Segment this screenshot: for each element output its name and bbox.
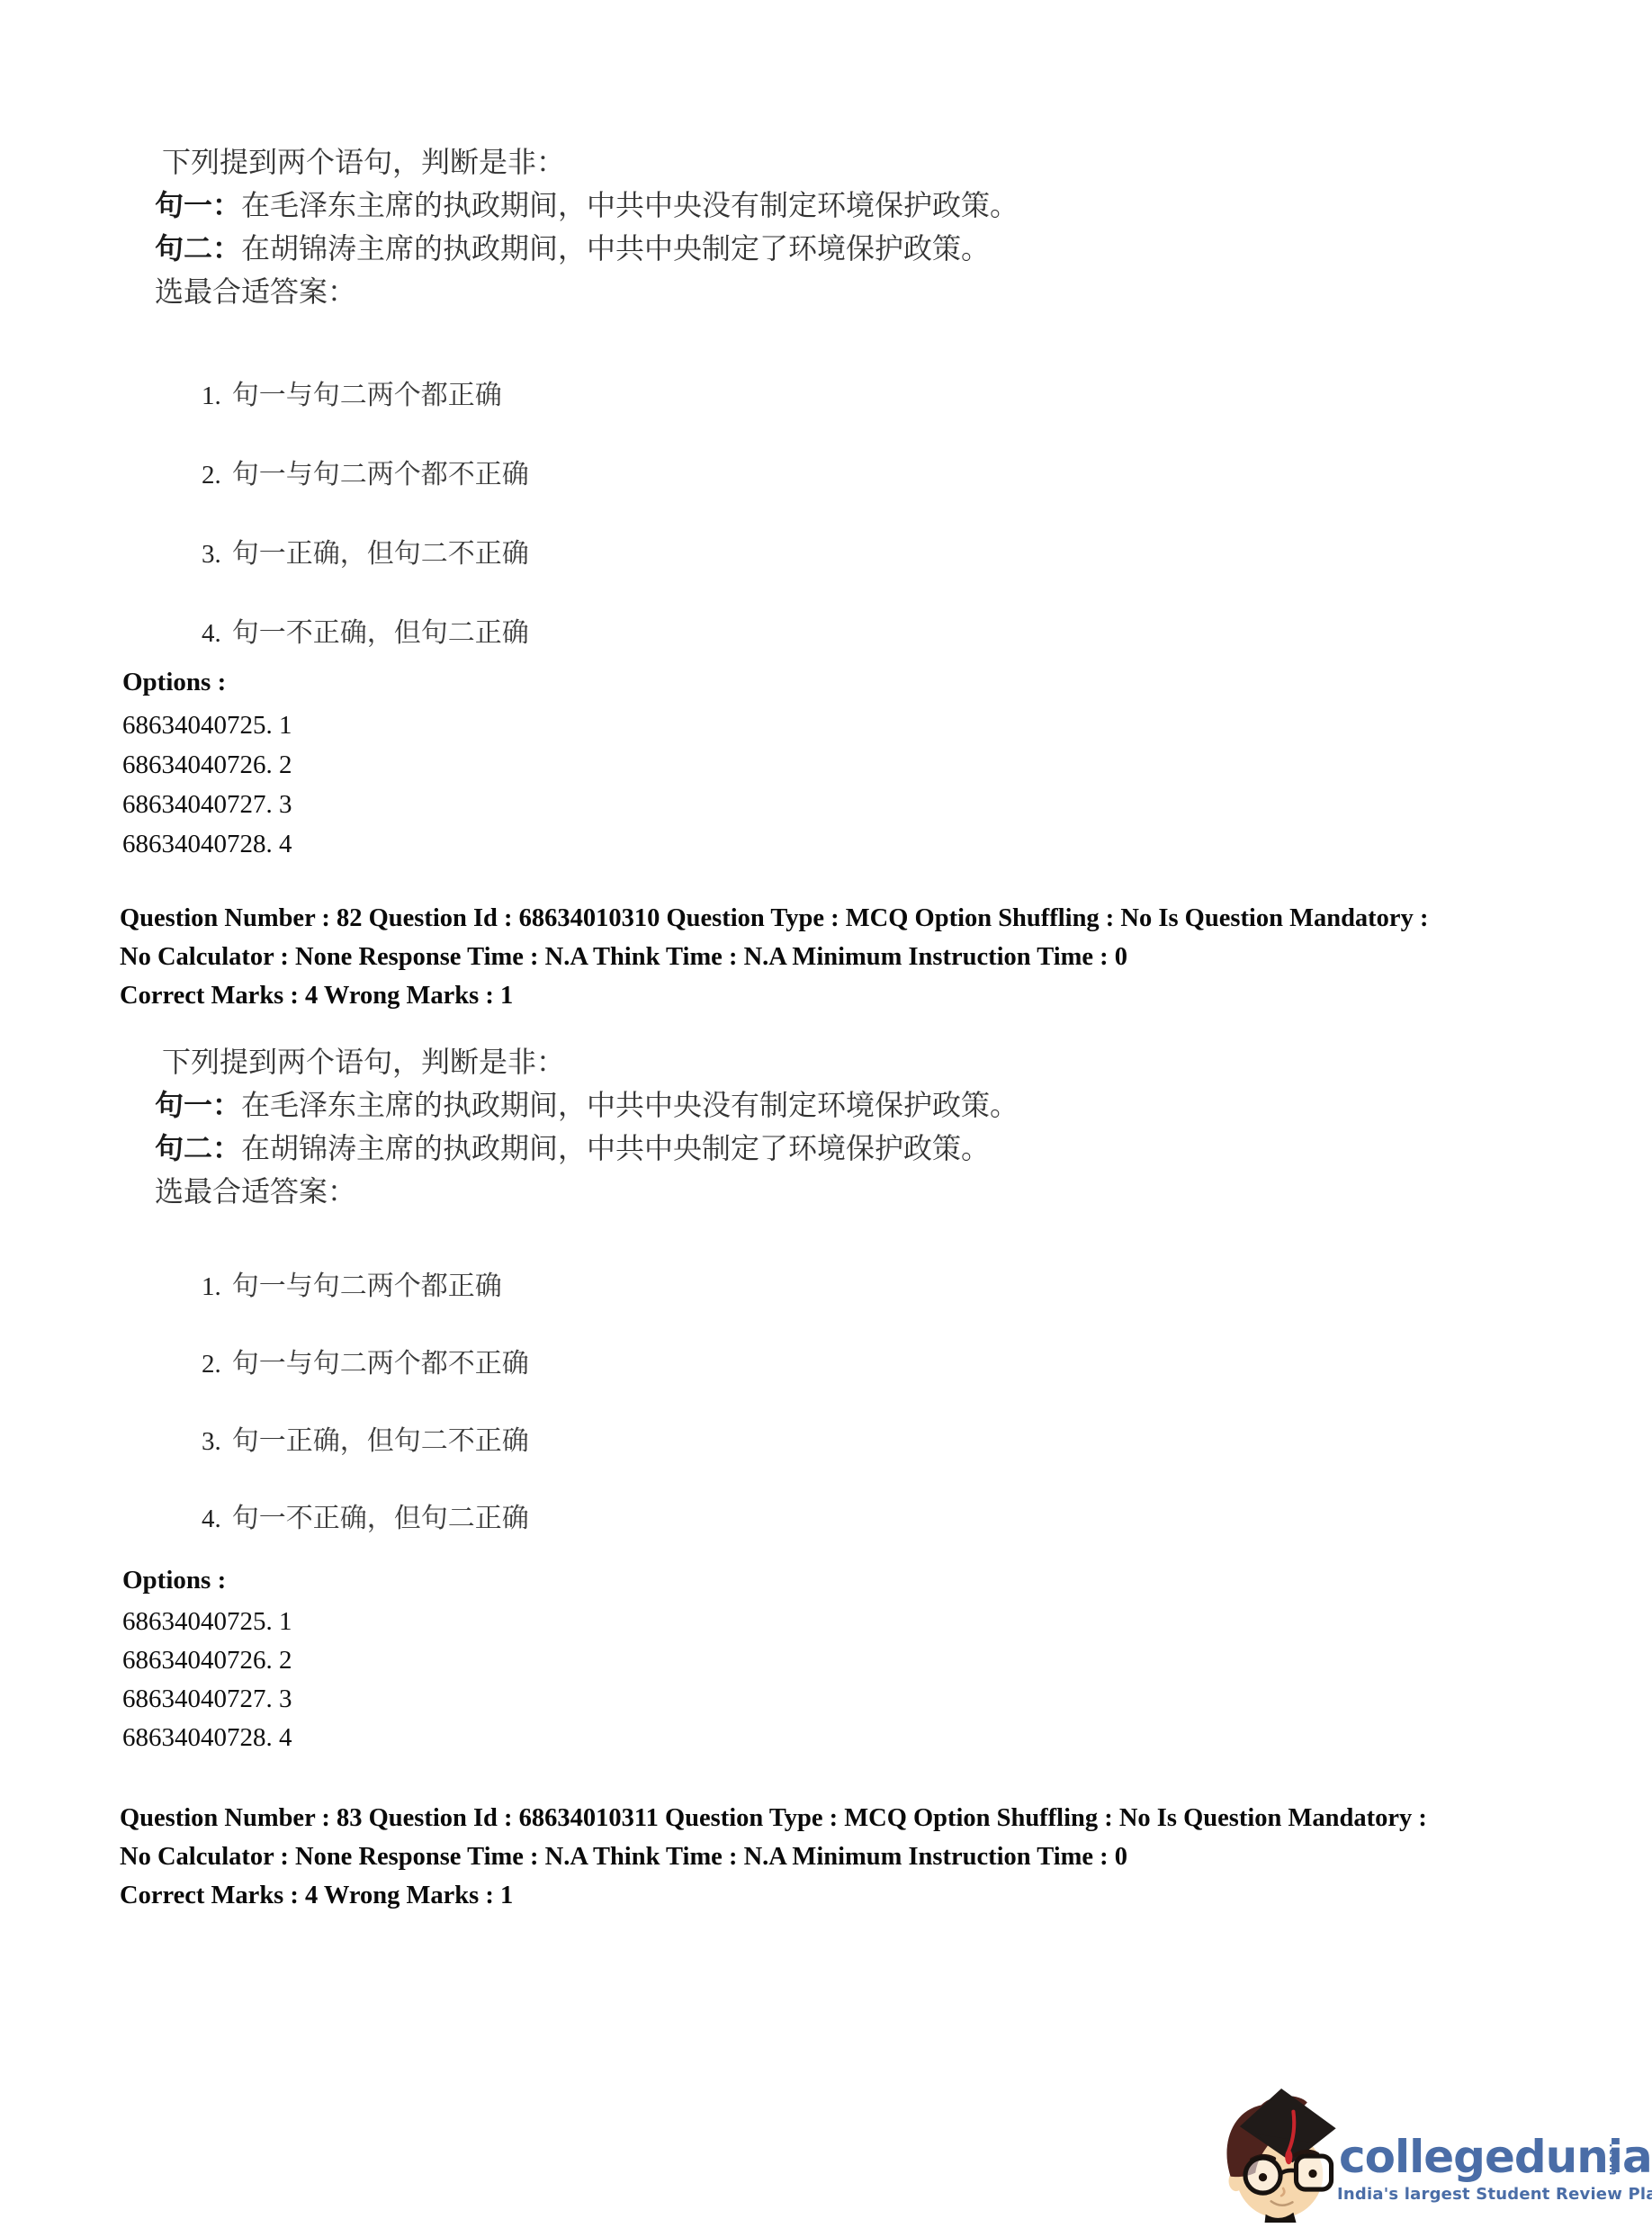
choice-3-text: 句一正确，但句二不正确 [232,1425,529,1457]
choice-1: 1.句一与句二两个都正确 [202,373,502,412]
option-id-row: 68634040727. 3 [122,1684,292,1714]
question-meta-line-1: Question Number : 82 Question Id : 68634… [120,904,1428,933]
collegedunia-mascot-icon [1220,2088,1337,2227]
answer-prompt: 选最合适答案： [155,1175,356,1208]
choice-4-number: 4. [202,1505,221,1533]
choice-4: 4.句一不正确，但句二正确 [202,1496,529,1535]
choice-2: 2.句一与句二两个都不正确 [202,452,529,491]
statement-2-label: 句二： [155,231,241,265]
statement-1-text: 在毛泽东主席的执政期间，中共中央没有制定环境保护政策。 [241,1088,1019,1122]
choice-1-number: 1. [202,1272,221,1301]
question-meta-line-2: No Calculator : None Response Time : N.A… [120,1843,1127,1872]
option-id-row: 68634040728. 4 [122,1723,292,1753]
statement-2: 句二：在胡锦涛主席的执政期间，中共中央制定了环境保护政策。 [155,232,990,265]
question-meta-marks: Correct Marks : 4 Wrong Marks : 1 [120,1882,513,1910]
statement-2-text: 在胡锦涛主席的执政期间，中共中央制定了环境保护政策。 [241,1131,990,1165]
question-meta-marks: Correct Marks : 4 Wrong Marks : 1 [120,982,513,1011]
choice-1-text: 句一与句二两个都正确 [232,1271,502,1302]
choice-2-text: 句一与句二两个都不正确 [232,1348,529,1379]
statement-1: 句一：在毛泽东主席的执政期间，中共中央没有制定环境保护政策。 [155,189,1019,222]
question-paper-page: 下列提到两个语句，判断是非： 句一：在毛泽东主席的执政期间，中共中央没有制定环境… [0,0,1652,2228]
option-id-row: 68634040726. 2 [122,750,292,780]
statement-1-label: 句一： [155,188,241,222]
collegedunia-brand-text: collegedunia [1339,2134,1652,2179]
choice-3-text: 句一正确，但句二不正确 [232,538,529,570]
statement-2-label: 句二： [155,1131,241,1165]
option-id-row: 68634040727. 3 [122,790,292,820]
choice-3-number: 3. [202,540,221,569]
choice-1-number: 1. [202,382,221,410]
collegedunia-domain-suffix: .com [1607,2143,1620,2176]
choice-4: 4.句一不正确，但句二正确 [202,610,529,650]
choice-1-text: 句一与句二两个都正确 [232,380,502,411]
choice-2-number: 2. [202,461,221,490]
option-id-row: 68634040725. 1 [122,1607,292,1637]
question-intro: 下列提到两个语句，判断是非： [162,1046,565,1079]
question-intro: 下列提到两个语句，判断是非： [162,146,565,179]
collegedunia-logo: collegedunia .com India's largest Studen… [1220,2088,1643,2228]
collegedunia-tagline: India's largest Student Review Platform [1337,2187,1652,2203]
choice-2: 2.句一与句二两个都不正确 [202,1341,529,1380]
choice-4-text: 句一不正确，但句二正确 [232,617,529,649]
statement-1: 句一：在毛泽东主席的执政期间，中共中央没有制定环境保护政策。 [155,1089,1019,1122]
options-heading: Options : [122,668,226,697]
choice-3-number: 3. [202,1427,221,1456]
statement-1-text: 在毛泽东主席的执政期间，中共中央没有制定环境保护政策。 [241,188,1019,222]
choice-3: 3.句一正确，但句二不正确 [202,531,529,570]
option-id-row: 68634040728. 4 [122,830,292,859]
statement-2-text: 在胡锦涛主席的执政期间，中共中央制定了环境保护政策。 [241,231,990,265]
answer-prompt: 选最合适答案： [155,275,356,309]
choice-3: 3.句一正确，但句二不正确 [202,1418,529,1458]
question-meta-line-2: No Calculator : None Response Time : N.A… [120,943,1127,972]
option-id-row: 68634040726. 2 [122,1646,292,1675]
option-id-row: 68634040725. 1 [122,711,292,741]
choice-2-text: 句一与句二两个都不正确 [232,459,529,490]
options-heading: Options : [122,1566,226,1595]
choice-4-number: 4. [202,619,221,648]
choice-4-text: 句一不正确，但句二正确 [232,1503,529,1534]
choice-1: 1.句一与句二两个都正确 [202,1263,502,1303]
statement-1-label: 句一： [155,1088,241,1122]
question-meta-line-1: Question Number : 83 Question Id : 68634… [120,1804,1427,1833]
choice-2-number: 2. [202,1350,221,1379]
statement-2: 句二：在胡锦涛主席的执政期间，中共中央制定了环境保护政策。 [155,1132,990,1165]
